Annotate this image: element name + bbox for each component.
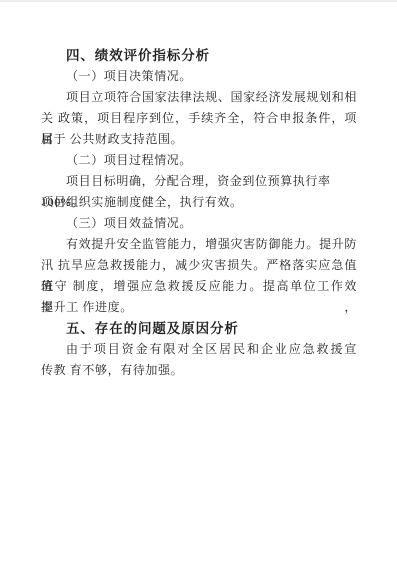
body-text-line: 属于 公共财政支持范围。 (41, 129, 357, 150)
body-text-line: 项目立项符合国家法律法规、国家经济发展规划和相 (41, 87, 357, 108)
body-text-line: 有效提升安全监管能力，增强灾害防御能力。提升防 (41, 234, 357, 255)
body-text-line: 汛 抗旱应急救援能力，减少灾害损失。严格落实应急值班 (41, 255, 357, 276)
document-body: 四、绩效评价指标分析 （一）项目决策情况。 项目立项符合国家法律法规、国家经济发… (41, 45, 357, 381)
document-page: 四、绩效评价指标分析 （一）项目决策情况。 项目立项符合国家法律法规、国家经济发… (0, 0, 397, 561)
section-heading-5: 五、存在的问题及原因分析 (41, 318, 357, 339)
body-text-line: 关 政策，项目程序到位，手续齐全，符合申报条件，项目 (41, 108, 357, 129)
subsection-heading-4-3: （三）项目效益情况。 (41, 213, 357, 234)
section-heading-4: 四、绩效评价指标分析 (41, 45, 357, 66)
subsection-heading-4-1: （一）项目决策情况。 (41, 66, 357, 87)
body-text-line: 项目组织实施制度健全，执行有效。 (41, 192, 357, 213)
body-text-line: 项目目标明确，分配合理，资金到位预算执行率 100%。 (41, 171, 357, 192)
body-text-line: 值守 制度，增强应急救援反应能力。提高单位工作效率， (41, 276, 357, 297)
subsection-heading-4-2: （二）项目过程情况。 (41, 150, 357, 171)
page-top-edge (0, 0, 397, 2)
body-text-line: 由于项目资金有限对全区居民和企业应急救援宣 (41, 339, 357, 360)
body-text-line: 传教 育不够，有待加强。 (41, 360, 357, 381)
